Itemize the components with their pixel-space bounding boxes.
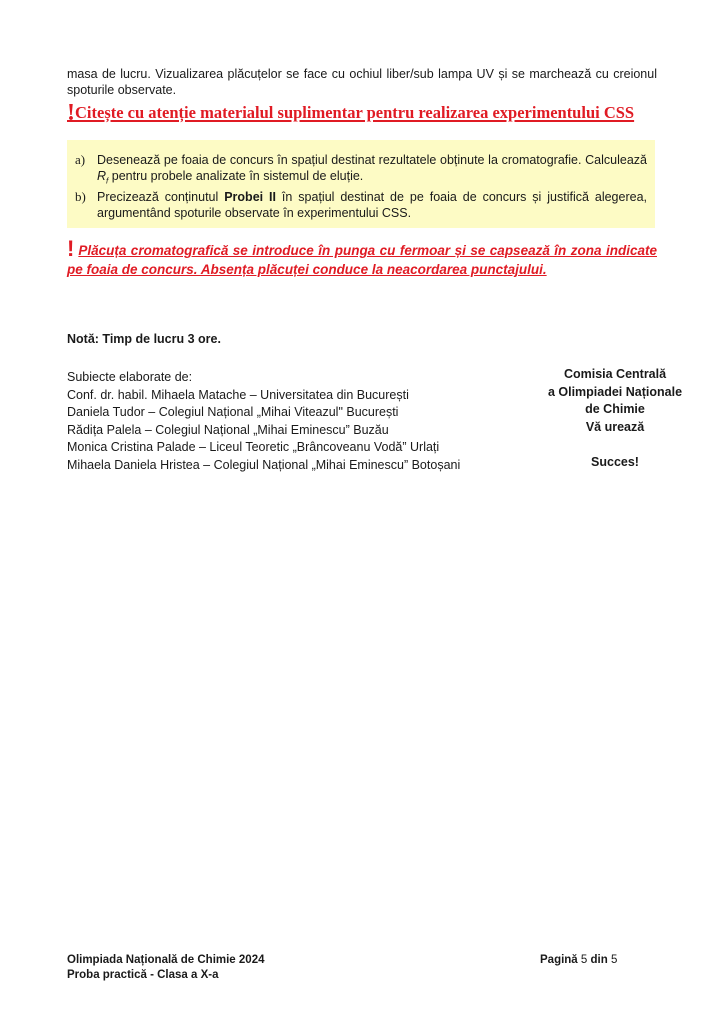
commission-spacer (520, 436, 710, 454)
exclamation-icon: ! (67, 239, 74, 258)
commission-line: Comisia Centrală (520, 366, 710, 384)
author-item: Daniela Tudor – Colegiul Național „Mihai… (67, 404, 460, 422)
author-item: Monica Cristina Palade – Liceul Teoretic… (67, 439, 460, 457)
page-number: Pagină 5 din 5 (540, 953, 617, 968)
task-b: b) Precizează conținutul Probei II în sp… (75, 189, 647, 221)
task-label: b) (75, 189, 86, 205)
tasks-box: a) Desenează pe foaia de concurs în spaț… (67, 140, 655, 228)
authors-heading: Subiecte elaborate de: (67, 369, 460, 387)
exclamation-icon: ! (67, 100, 75, 126)
commission-line: Vă urează (520, 419, 710, 437)
authors-block: Subiecte elaborate de: Conf. dr. habil. … (67, 369, 460, 474)
intro-paragraph: masa de lucru. Vizualizarea plăcuțelor s… (67, 66, 657, 98)
author-item: Rădița Palela – Colegiul Național „Mihai… (67, 422, 460, 440)
author-item: Conf. dr. habil. Mihaela Matache – Unive… (67, 387, 460, 405)
task-text: Desenează pe foaia de concurs în spațiul… (97, 152, 647, 190)
task-label: a) (75, 152, 85, 168)
task-text: Precizează conținutul Probei II în spați… (97, 189, 647, 221)
commission-line: Succes! (520, 454, 710, 472)
warning-title: !Citește cu atenție materialul supliment… (67, 100, 667, 127)
commission-greeting: Comisia Centrală a Olimpiadei Naționale … (520, 366, 710, 471)
commission-line: a Olimpiadei Naționale (520, 384, 710, 402)
task-a: a) Desenează pe foaia de concurs în spaț… (75, 152, 647, 190)
footer-title: Olimpiada Națională de Chimie 2024 Proba… (67, 953, 264, 983)
probe-name: Probei II (224, 190, 276, 204)
rf-symbol: Rf (97, 169, 108, 183)
author-item: Mihaela Daniela Hristea – Colegiul Națio… (67, 457, 460, 475)
warning-note-text: Plăcuța cromatografică se introduce în p… (67, 243, 657, 277)
footer-line-2: Proba practică - Clasa a X-a (67, 968, 264, 983)
commission-line: de Chimie (520, 401, 710, 419)
warning-title-text: Citește cu atenție materialul suplimenta… (75, 103, 634, 122)
warning-note: !Plăcuța cromatografică se introduce în … (67, 239, 657, 279)
time-note: Notă: Timp de lucru 3 ore. (67, 332, 221, 346)
footer-line-1: Olimpiada Națională de Chimie 2024 (67, 953, 264, 968)
